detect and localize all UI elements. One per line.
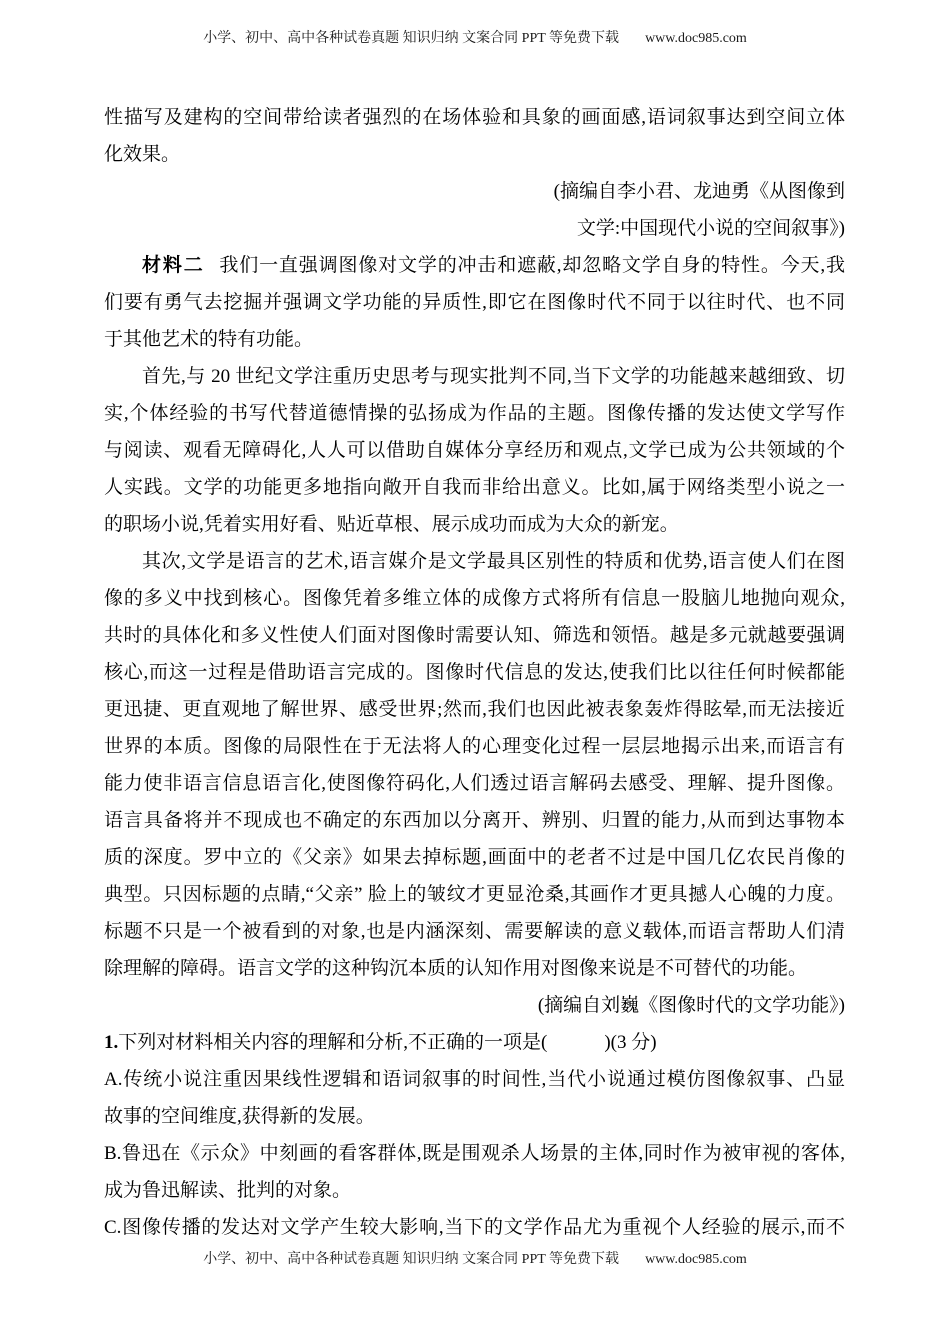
paragraph-secondly-line-6: 世界的本质。图像的局限性在于无法将人的心理变化过程一层层地揭示出来,而语言有 — [104, 728, 845, 765]
paragraph-firstly-line-3: 与阅读、观看无障碍化,人人可以借助自媒体分享经历和观点,文学已成为公共领域的个 — [104, 432, 845, 469]
paragraph-secondly-line-3: 共时的具体化和多义性使人们面对图像时需要认知、筛选和领悟。越是多元就越要强调 — [104, 617, 845, 654]
material2-line-3: 于其他艺术的特有功能。 — [104, 321, 845, 358]
material2-opening-line: 材料二我们一直强调图像对文学的冲击和遮蔽,却忽略文学自身的特性。今天,我 — [104, 247, 845, 284]
header-url-link[interactable]: www.doc985.com — [645, 31, 747, 46]
paragraph-secondly-line-5: 更迅捷、更直观地了解世界、感受世界;然而,我们也因此被表象轰炸得眩晕,而无法接近 — [104, 691, 845, 728]
option-b-line-1: B.鲁迅在《示众》中刻画的看客群体,既是围观杀人场景的主体,同时作为被审视的客体… — [104, 1135, 845, 1172]
continuation-paragraph-line-1: 性描写及建构的空间带给读者强烈的在场体验和具象的画面感,语词叙事达到空间立体 — [104, 99, 845, 136]
paragraph-secondly-line-10: 典型。只因标题的点睛,“父亲” 脸上的皱纹才更显沧桑,其画作才更具撼人心魄的力度… — [104, 876, 845, 913]
paragraph-firstly-line-4: 人实践。文学的功能更多地指向敞开自我而非给出意义。比如,属于网络类型小说之一 — [104, 469, 845, 506]
paragraph-secondly-line-7: 能力使非语言信息语言化,使图像符码化,人们透过语言解码去感受、理解、提升图像。 — [104, 765, 845, 802]
option-b-line-2: 成为鲁迅解读、批判的对象。 — [104, 1172, 845, 1209]
option-a-line-2: 故事的空间维度,获得新的发展。 — [104, 1098, 845, 1135]
paragraph-firstly-line-1: 首先,与 20 世纪文学注重历史思考与现实批判不同,当下文学的功能越来越细致、切 — [104, 358, 845, 395]
material1-citation-line-2: 文学:中国现代小说的空间叙事》) — [104, 210, 845, 247]
option-c-line-1: C.图像传播的发达对文学产生较大影响,当下的文学作品尤为重视个人经验的展示,而不 — [104, 1209, 845, 1246]
question-1-text: 下列对材料相关内容的理解和分析,不正确的一项是( )(3 分) — [118, 1032, 656, 1053]
footer-text: 小学、初中、高中各种试卷真题 知识归纳 文案合同 PPT 等免费下载 — [203, 1252, 619, 1267]
footer-url-link[interactable]: www.doc985.com — [645, 1252, 747, 1267]
page-header: 小学、初中、高中各种试卷真题 知识归纳 文案合同 PPT 等免费下载www.do… — [0, 27, 950, 47]
page-footer: 小学、初中、高中各种试卷真题 知识归纳 文案合同 PPT 等免费下载www.do… — [0, 1248, 950, 1268]
option-a-line-1: A.传统小说注重因果线性逻辑和语词叙事的时间性,当代小说通过模仿图像叙事、凸显 — [104, 1061, 845, 1098]
question-1-number: 1. — [104, 1032, 118, 1053]
header-text: 小学、初中、高中各种试卷真题 知识归纳 文案合同 PPT 等免费下载 — [203, 31, 619, 46]
paragraph-secondly-line-1: 其次,文学是语言的艺术,语言媒介是文学最具区别性的特质和优势,语言使人们在图 — [104, 543, 845, 580]
document-body: 性描写及建构的空间带给读者强烈的在场体验和具象的画面感,语词叙事达到空间立体 化… — [104, 99, 845, 1246]
paragraph-secondly-line-11: 标题不只是一个被看到的对象,也是内涵深刻、需要解读的意义载体,而语言帮助人们清 — [104, 913, 845, 950]
material1-citation-line-1: (摘编自李小君、龙迪勇《从图像到 — [104, 173, 845, 210]
paragraph-secondly-line-8: 语言具备将并不现成也不确定的东西加以分离开、辨别、归置的能力,从而到达事物本 — [104, 802, 845, 839]
material2-line-2: 们要有勇气去挖掘并强调文学功能的异质性,即它在图像时代不同于以往时代、也不同 — [104, 284, 845, 321]
paragraph-firstly-line-5: 的职场小说,凭着实用好看、贴近草根、展示成功而成为大众的新宠。 — [104, 506, 845, 543]
material2-citation-line: (摘编自刘巍《图像时代的文学功能》) — [104, 987, 845, 1024]
material2-line-1-text: 我们一直强调图像对文学的冲击和遮蔽,却忽略文学自身的特性。今天,我 — [219, 255, 845, 276]
paragraph-firstly-line-2: 实,个体经验的书写代替道德情操的弘扬成为作品的主题。图像传播的发达使文学写作 — [104, 395, 845, 432]
material2-label: 材料二 — [142, 255, 205, 276]
paragraph-secondly-line-2: 像的多义中找到核心。图像凭着多维立体的成像方式将所有信息一股脑儿地抛向观众, — [104, 580, 845, 617]
question-1-line: 1.下列对材料相关内容的理解和分析,不正确的一项是( )(3 分) — [104, 1024, 845, 1061]
paragraph-secondly-line-12: 除理解的障碍。语言文学的这种钩沉本质的认知作用对图像来说是不可替代的功能。 — [104, 950, 845, 987]
continuation-paragraph-line-2: 化效果。 — [104, 136, 845, 173]
paragraph-secondly-line-4: 核心,而这一过程是借助语言完成的。图像时代信息的发达,使我们比以往任何时候都能 — [104, 654, 845, 691]
paragraph-secondly-line-9: 质的深度。罗中立的《父亲》如果去掉标题,画面中的老者不过是中国几亿农民肖像的 — [104, 839, 845, 876]
